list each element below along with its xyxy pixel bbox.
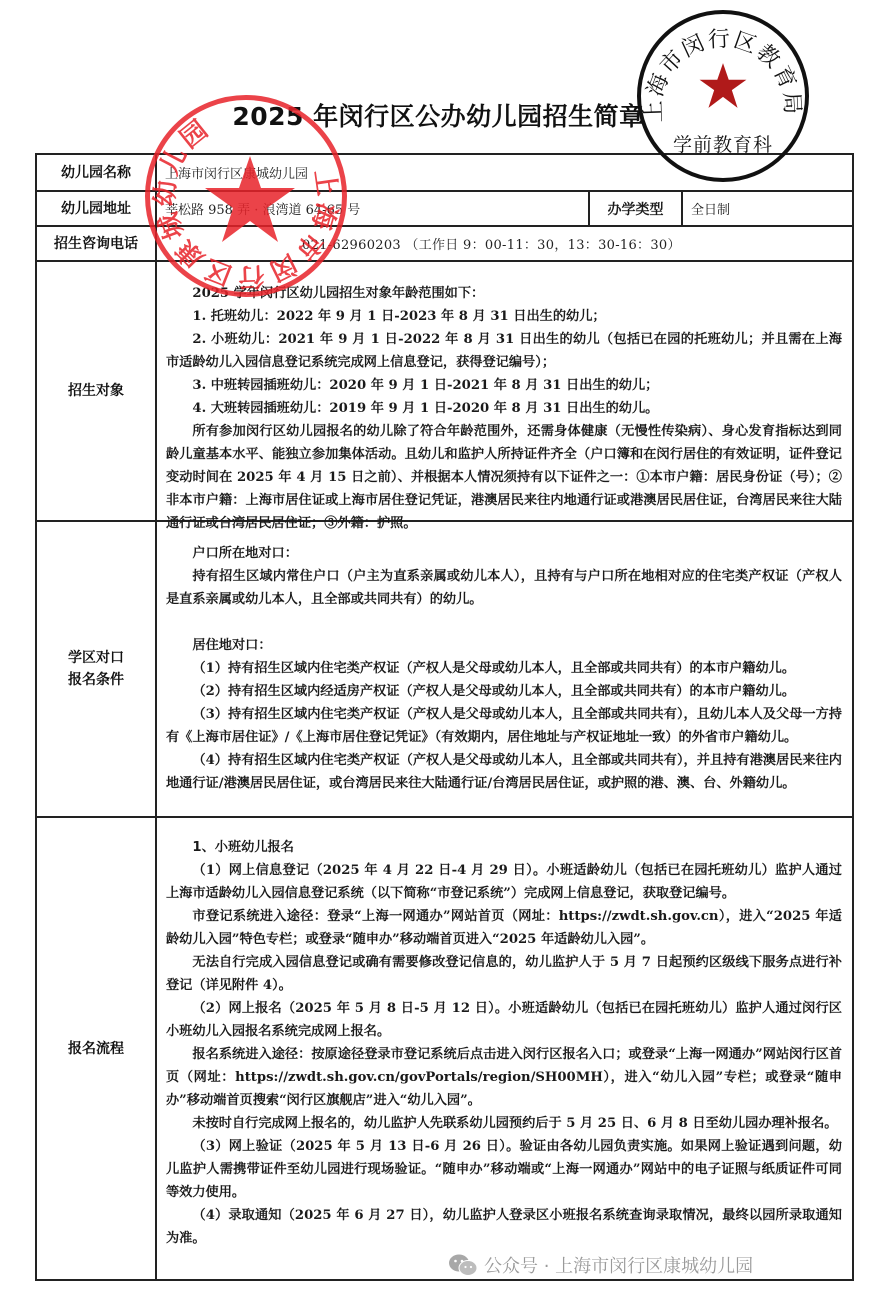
process-paragraph: 无法自行完成入园信息登记或确有需要修改登记信息的，幼儿监护人于 5 月 7 日起… <box>166 951 842 997</box>
district-content: 户口所在地对口： 持有招生区域内常住户口（户主为直系亲属或幼儿本人），且持有与户… <box>157 522 852 816</box>
residence-item: （1）持有招生区域内住宅类产权证（产权人是父母或幼儿本人，且全部或共同共有）的本… <box>166 657 842 680</box>
residence-item: （3）持有招生区域内住宅类产权证（产权人是父母或幼儿本人，且全部或共同共有），且… <box>166 703 842 749</box>
label-eligibility: 招生对象 <box>37 262 157 520</box>
hukou-heading: 户口所在地对口： <box>166 542 842 565</box>
eligibility-item: 3. 中班转园插班幼儿：2020 年 9 月 1 日-2021 年 8 月 31… <box>166 374 842 397</box>
row-kindergarten-name: 幼儿园名称 上海市闵行区康城幼儿园 <box>37 155 852 192</box>
residence-item: （4）持有招生区域内住宅类产权证（产权人是父母或幼儿本人，且全部或共同共有），并… <box>166 749 842 795</box>
process-paragraph: （4）录取通知（2025 年 6 月 27 日），幼儿监护人登录区小班报名系统查… <box>166 1204 842 1250</box>
row-process: 报名流程 1、小班幼儿报名 （1）网上信息登记（2025 年 4 月 22 日-… <box>37 818 852 1279</box>
row-phone: 招生咨询电话 021-62960203 （工作日 9：00-11：30，13：3… <box>37 227 852 262</box>
row-address: 幼儿园地址 莘松路 958 弄 · 浪湾道 64-65 号 办学类型 全日制 <box>37 192 852 227</box>
value-address: 莘松路 958 弄 · 浪湾道 64-65 号 <box>157 192 582 225</box>
wechat-icon <box>448 1253 478 1277</box>
hukou-text: 持有招生区域内常住户口（户主为直系亲属或幼儿本人），且持有与户口所在地相对应的住… <box>166 565 842 611</box>
document-title: 2025 年闵行区公办幼儿园招生简章 <box>0 97 889 133</box>
eligibility-item: 1. 托班幼儿：2022 年 9 月 1 日-2023 年 8 月 31 日出生… <box>166 305 842 328</box>
enrollment-table: 幼儿园名称 上海市闵行区康城幼儿园 幼儿园地址 莘松路 958 弄 · 浪湾道 … <box>35 153 854 1281</box>
eligibility-intro: 2025 学年闵行区幼儿园招生对象年龄范围如下： <box>166 282 842 305</box>
label-process: 报名流程 <box>37 818 157 1279</box>
eligibility-item: 2. 小班幼儿：2021 年 9 月 1 日-2022 年 8 月 31 日出生… <box>166 328 842 374</box>
row-eligibility: 招生对象 2025 学年闵行区幼儿园招生对象年龄范围如下： 1. 托班幼儿：20… <box>37 262 852 522</box>
process-paragraph: （1）网上信息登记（2025 年 4 月 22 日-4 月 29 日）。小班适龄… <box>166 859 842 905</box>
label-district-line1: 学区对口 <box>68 647 124 669</box>
residence-item: （2）持有招生区域内经适房产权证（产权人是父母或幼儿本人，且全部或共同共有）的本… <box>166 680 842 703</box>
eligibility-item: 4. 大班转园插班幼儿：2019 年 9 月 1 日-2020 年 8 月 31… <box>166 397 842 420</box>
process-paragraph: （2）网上报名（2025 年 5 月 8 日-5 月 12 日）。小班适龄幼儿（… <box>166 997 842 1043</box>
process-heading: 1、小班幼儿报名 <box>166 836 842 859</box>
residence-heading: 居住地对口： <box>166 634 842 657</box>
value-phone: 021-62960203 （工作日 9：00-11：30，13：30-16：30… <box>157 227 852 260</box>
label-phone: 招生咨询电话 <box>37 227 157 260</box>
value-school-type: 全日制 <box>683 192 852 225</box>
label-district: 学区对口 报名条件 <box>37 522 157 816</box>
label-kindergarten-name: 幼儿园名称 <box>37 155 157 190</box>
process-paragraph: （3）网上验证（2025 年 5 月 13 日-6 月 26 日）。验证由各幼儿… <box>166 1135 842 1204</box>
value-kindergarten-name: 上海市闵行区康城幼儿园 <box>157 155 852 190</box>
row-district: 学区对口 报名条件 户口所在地对口： 持有招生区域内常住户口（户主为直系亲属或幼… <box>37 522 852 818</box>
process-paragraph: 报名系统进入途径：按原途径登录市登记系统后点击进入闵行区报名入口；或登录“上海一… <box>166 1043 842 1112</box>
watermark-text: 公众号 · 上海市闵行区康城幼儿园 <box>484 1252 753 1278</box>
wechat-watermark: 公众号 · 上海市闵行区康城幼儿园 <box>448 1252 753 1278</box>
label-address: 幼儿园地址 <box>37 192 157 225</box>
label-district-line2: 报名条件 <box>68 669 124 691</box>
eligibility-requirements: 所有参加闵行区幼儿园报名的幼儿除了符合年龄范围外，还需身体健康（无慢性传染病）、… <box>166 420 842 535</box>
process-content: 1、小班幼儿报名 （1）网上信息登记（2025 年 4 月 22 日-4 月 2… <box>157 818 852 1279</box>
eligibility-content: 2025 学年闵行区幼儿园招生对象年龄范围如下： 1. 托班幼儿：2022 年 … <box>157 262 852 520</box>
process-paragraph: 市登记系统进入途径：登录“上海一网通办”网站首页（网址：https://zwdt… <box>166 905 842 951</box>
label-school-type: 办学类型 <box>588 192 683 225</box>
process-paragraph: 未按时自行完成网上报名的，幼儿监护人先联系幼儿园预约后于 5 月 25 日、6 … <box>166 1112 842 1135</box>
